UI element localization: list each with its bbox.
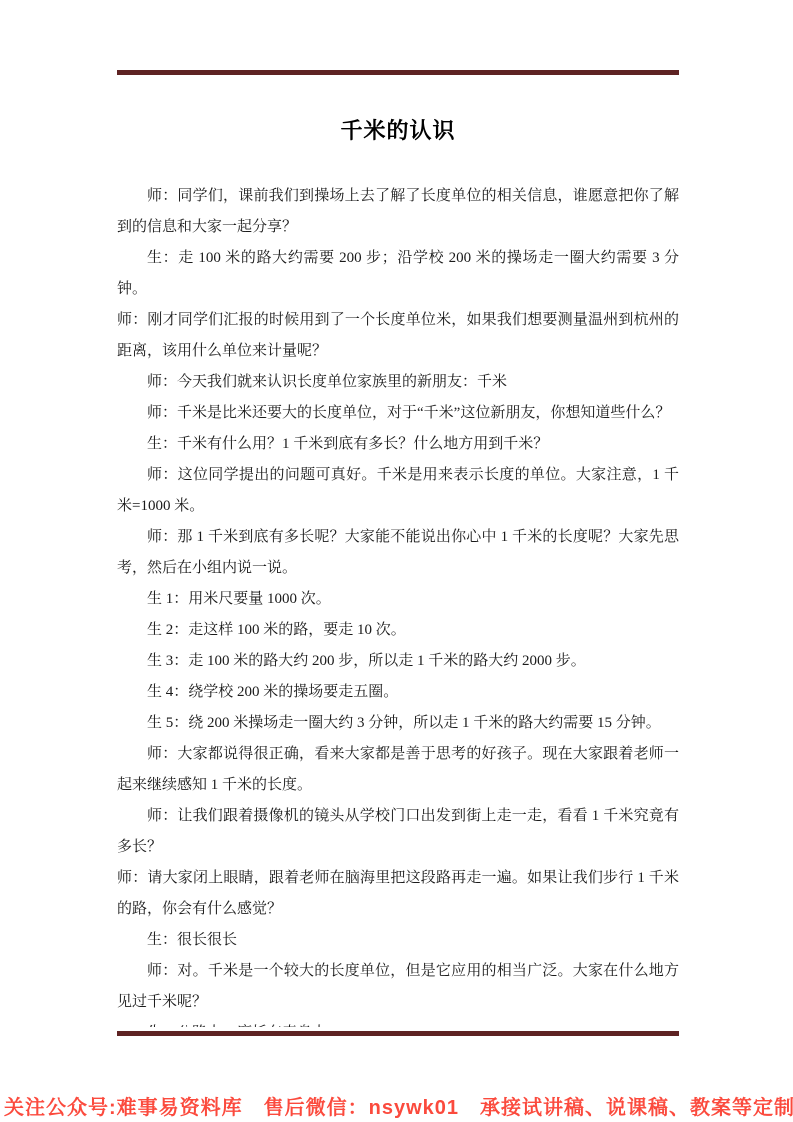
paragraph: 师：今天我们就来认识长度单位家族里的新朋友：千米 [117,367,679,398]
paragraph: 师：大家都说得很正确，看来大家都是善于思考的好孩子。现在大家跟着老师一起来继续感… [117,739,679,801]
paragraph: 师：对。千米是一个较大的长度单位，但是它应用的相当广泛。大家在什么地方见过千米呢… [117,956,679,1018]
paragraph: 生：公路上、摩托车表盘上 [117,1018,679,1027]
paragraph: 生 1：用米尺要量 1000 次。 [117,584,679,615]
paragraph: 生 5：绕 200 米操场走一圈大约 3 分钟，所以走 1 千米的路大约需要 1… [117,708,679,739]
paragraph: 生 4：绕学校 200 米的操场要走五圈。 [117,677,679,708]
footer-promo-text: 关注公众号:难事易资料库 售后微信：nsywk01 承接试讲稿、说课稿、教案等定… [4,1091,789,1120]
paragraph: 生：千米有什么用？1 千米到底有多长？什么地方用到千米？ [117,429,679,460]
paragraph: 生 2：走这样 100 米的路，要走 10 次。 [117,615,679,646]
paragraph: 师：请大家闭上眼睛，跟着老师在脑海里把这段路再走一遍。如果让我们步行 1 千米的… [117,863,679,925]
paragraph: 师：刚才同学们汇报的时候用到了一个长度单位米，如果我们想要测量温州到杭州的距离，… [117,305,679,367]
header-rule [117,70,679,75]
paragraph: 师：同学们，课前我们到操场上去了解了长度单位的相关信息，谁愿意把你了解到的信息和… [117,181,679,243]
paragraph: 师：这位同学提出的问题可真好。千米是用来表示长度的单位。大家注意，1 千米=10… [117,460,679,522]
paragraph: 师：让我们跟着摄像机的镜头从学校门口出发到街上走一走，看看 1 千米究竟有多长？ [117,801,679,863]
document-body: 师：同学们，课前我们到操场上去了解了长度单位的相关信息，谁愿意把你了解到的信息和… [117,181,679,1027]
footer-rule [117,1031,679,1036]
document-page: 千米的认识 师：同学们，课前我们到操场上去了解了长度单位的相关信息，谁愿意把你了… [0,0,793,1122]
page-title: 千米的认识 [117,114,679,145]
paragraph: 师：那 1 千米到底有多长呢？大家能不能说出你心中 1 千米的长度呢？大家先思考… [117,522,679,584]
paragraph: 生：很长很长 [117,925,679,956]
paragraph: 生：走 100 米的路大约需要 200 步；沿学校 200 米的操场走一圈大约需… [117,243,679,305]
paragraph: 生 3：走 100 米的路大约 200 步，所以走 1 千米的路大约 2000 … [117,646,679,677]
paragraph: 师：千米是比米还要大的长度单位，对于“千米”这位新朋友，你想知道些什么？ [117,398,679,429]
